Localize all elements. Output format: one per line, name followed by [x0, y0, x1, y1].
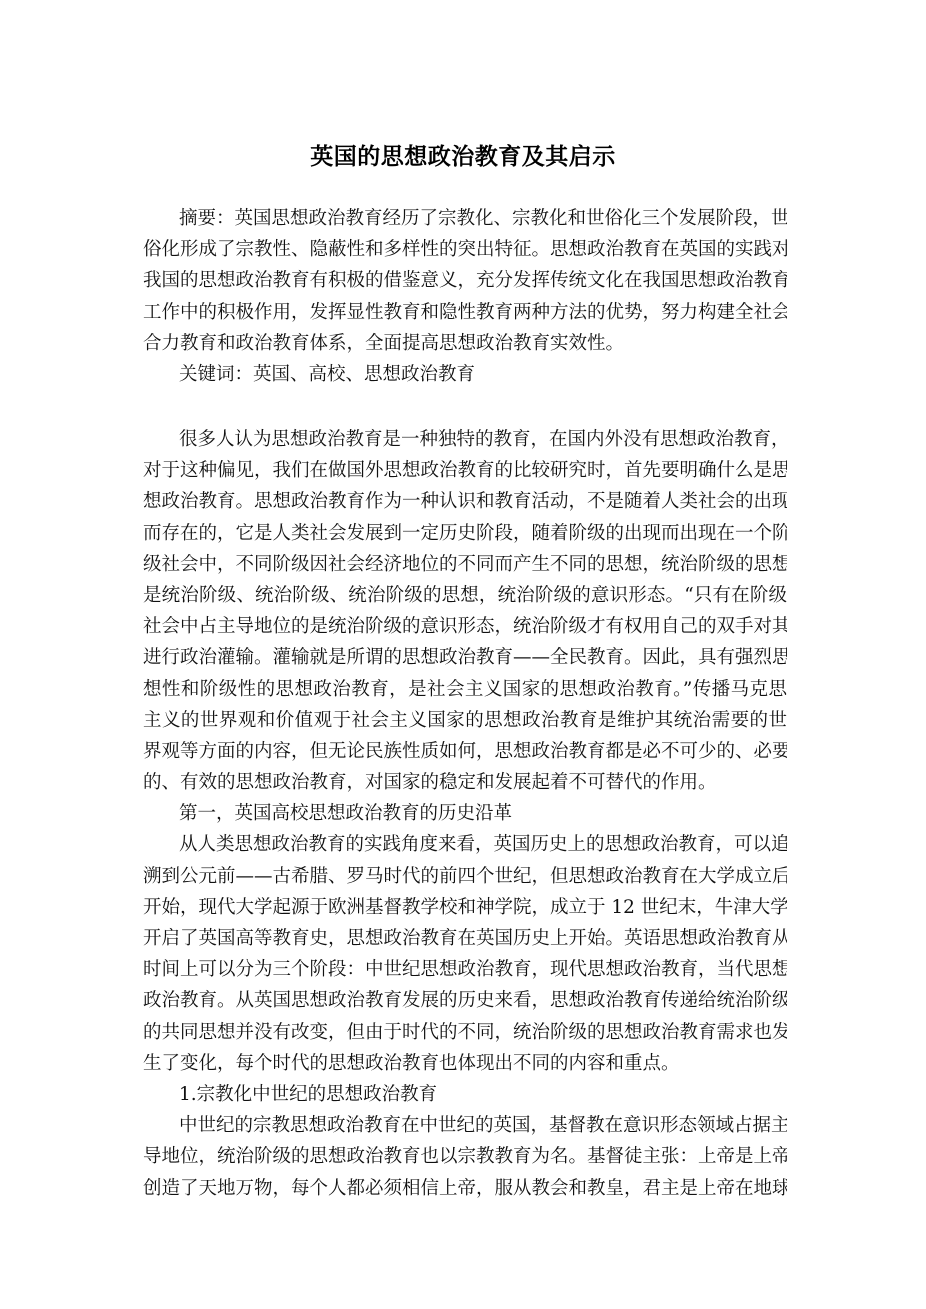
keywords-line: 关键词：英国、高校、思想政治教育 [143, 359, 787, 390]
body-line: 主义的世界观和价值观于社会主义国家的思想政治教育是维护其统治需要的世 [143, 705, 787, 736]
body-line: 中世纪的宗教思想政治教育在中世纪的英国，基督教在意识形态领域占据主 [143, 1110, 787, 1141]
abstract-section: 摘要：英国思想政治教育经历了宗教化、宗教化和世俗化三个发展阶段，世 俗化形成了宗… [143, 203, 787, 390]
body-line: 生了变化，每个时代的思想政治教育也体现出不同的内容和重点。 [143, 1048, 787, 1079]
body-line: 很多人认为思想政治教育是一种独特的教育，在国内外没有思想政治教育， [143, 424, 787, 455]
document-title: 英国的思想政治教育及其启示 [0, 141, 926, 173]
body-line: 的、有效的思想政治教育，对国家的稳定和发展起着不可替代的作用。 [143, 767, 787, 798]
body-line: 界观等方面的内容，但无论民族性质如何，思想政治教育都是必不可少的、必要 [143, 736, 787, 767]
body-line: 是统治阶级、统治阶级、统治阶级的思想，统治阶级的意识形态。“只有在阶级 [143, 580, 787, 611]
abstract-line: 摘要：英国思想政治教育经历了宗教化、宗教化和世俗化三个发展阶段，世 [143, 203, 787, 234]
body-line: 级社会中，不同阶级因社会经济地位的不同而产生不同的思想，统治阶级的思想 [143, 549, 787, 580]
body-line: 的共同思想并没有改变，但由于时代的不同，统治阶级的思想政治教育需求也发 [143, 1017, 787, 1048]
subsection-heading: 1.宗教化中世纪的思想政治教育 [143, 1079, 787, 1110]
body-line: 想性和阶级性的思想政治教育，是社会主义国家的思想政治教育。”传播马克思 [143, 674, 787, 705]
body-line: 政治教育。从英国思想政治教育发展的历史来看，思想政治教育传递给统治阶级 [143, 985, 787, 1016]
abstract-line: 我国的思想政治教育有积极的借鉴意义，充分发挥传统文化在我国思想政治教育 [143, 265, 787, 296]
section-heading: 第一，英国高校思想政治教育的历史沿革 [143, 798, 787, 829]
abstract-line: 工作中的积极作用，发挥显性教育和隐性教育两种方法的优势，努力构建全社会 [143, 297, 787, 328]
body-line: 时间上可以分为三个阶段：中世纪思想政治教育，现代思想政治教育，当代思想 [143, 954, 787, 985]
abstract-line: 俗化形成了宗教性、隐蔽性和多样性的突出特征。思想政治教育在英国的实践对 [143, 234, 787, 265]
body-section: 很多人认为思想政治教育是一种独特的教育，在国内外没有思想政治教育， 对于这种偏见… [143, 424, 787, 1204]
body-line: 对于这种偏见，我们在做国外思想政治教育的比较研究时，首先要明确什么是思 [143, 455, 787, 486]
body-line: 开始，现代大学起源于欧洲基督教学校和神学院，成立于 12 世纪末，牛津大学 [143, 892, 787, 923]
body-line: 进行政治灌输。灌输就是所谓的思想政治教育——全民教育。因此，具有强烈思 [143, 642, 787, 673]
body-line: 想政治教育。思想政治教育作为一种认识和教育活动，不是随着人类社会的出现 [143, 486, 787, 517]
body-line: 从人类思想政治教育的实践角度来看，英国历史上的思想政治教育，可以追 [143, 829, 787, 860]
body-line: 导地位，统治阶级的思想政治教育也以宗教教育为名。基督徒主张：上帝是上帝 [143, 1141, 787, 1172]
body-line: 社会中占主导地位的是统治阶级的意识形态，统治阶级才有权用自己的双手对其 [143, 611, 787, 642]
abstract-line: 合力教育和政治教育体系，全面提高思想政治教育实效性。 [143, 328, 787, 359]
body-line: 溯到公元前——古希腊、罗马时代的前四个世纪，但思想政治教育在大学成立后 [143, 861, 787, 892]
document-page: 英国的思想政治教育及其启示 摘要：英国思想政治教育经历了宗教化、宗教化和世俗化三… [0, 0, 926, 1309]
body-line: 而存在的，它是人类社会发展到一定历史阶段，随着阶级的出现而出现在一个阶 [143, 518, 787, 549]
body-line: 创造了天地万物，每个人都必须相信上帝，服从教会和教皇，君主是上帝在地球 [143, 1173, 787, 1204]
body-line: 开启了英国高等教育史，思想政治教育在英国历史上开始。英语思想政治教育从 [143, 923, 787, 954]
